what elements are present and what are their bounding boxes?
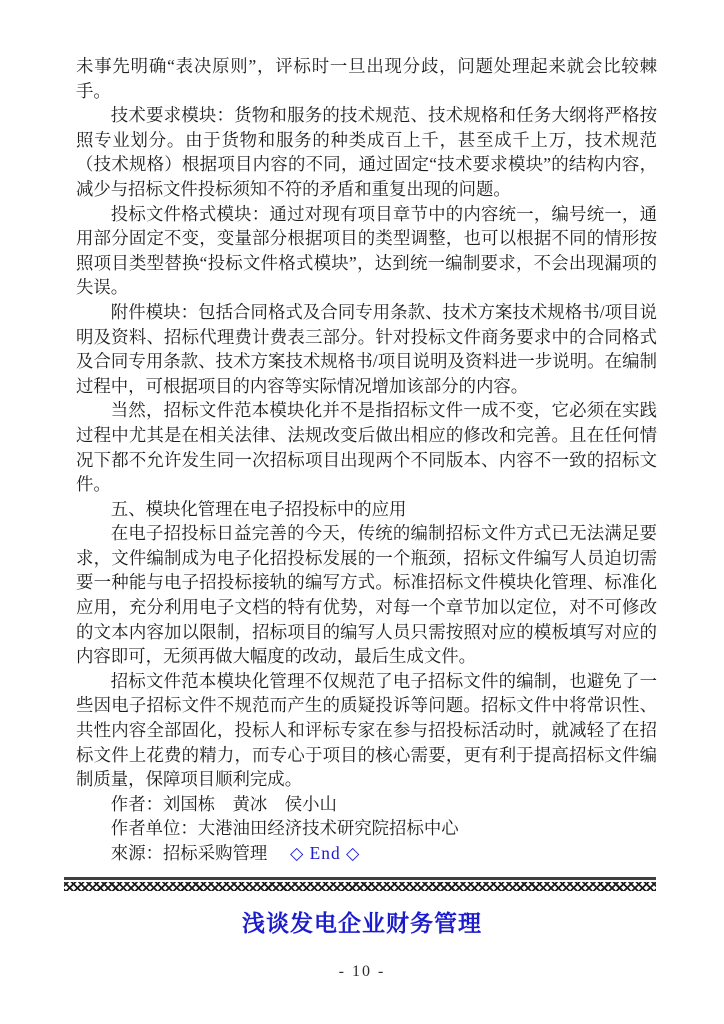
article-end-marker: ◇ End ◇ bbox=[290, 843, 360, 863]
paragraph-attachment-module: 附件模块：包括合同格式及合同专用条款、技术方案技术规格书/项目说明及资料、招标代… bbox=[76, 300, 657, 398]
affiliation-line: 作者单位：大港油田经济技术研究院招标中心 bbox=[76, 816, 657, 841]
article-body: 未事先明确“表决原则”，评标时一旦出现分歧，问题处理起来就会比较棘手。 技术要求… bbox=[76, 54, 657, 866]
paragraph-caveat: 当然，招标文件范本模块化并不是指招标文件一成不变，它必须在实践过程中尤其是在相关… bbox=[76, 398, 657, 496]
author-line: 作者：刘国栋 黄冰 侯小山 bbox=[76, 792, 657, 817]
source-label: 來源：招标采购管理 bbox=[111, 843, 268, 863]
paragraph-e-bidding-1: 在电子招投标日益完善的今天，传统的编制招标文件方式已无法满足要求，文件编制成为电… bbox=[76, 521, 657, 669]
paragraph-tech-module: 技术要求模块：货物和服务的技术规范、技术规格和任务大纲将严格按照专业划分。由于货… bbox=[76, 103, 657, 201]
paragraph-continuation: 未事先明确“表决原则”，评标时一旦出现分歧，问题处理起来就会比较棘手。 bbox=[76, 54, 657, 103]
document-page: 未事先明确“表决原则”，评标时一旦出现分歧，问题处理起来就会比较棘手。 技术要求… bbox=[0, 0, 724, 1024]
divider-solid-line bbox=[64, 877, 656, 880]
next-article-title: 浅谈发电企业财务管理 bbox=[0, 905, 724, 938]
source-line: 來源：招标采购管理◇ End ◇ bbox=[76, 841, 657, 866]
paragraph-e-bidding-2: 招标文件范本模块化管理不仅规范了电子招标文件的编制，也避免了一些因电子招标文件不… bbox=[76, 669, 657, 792]
section-heading: 五、模块化管理在电子招投标中的应用 bbox=[76, 497, 657, 522]
section-divider bbox=[64, 877, 656, 891]
page-number: - 10 - bbox=[0, 963, 724, 981]
paragraph-format-module: 投标文件格式模块：通过对现有项目章节中的内容统一，编号统一，通用部分固定不变，变… bbox=[76, 202, 657, 300]
divider-zigzag-pattern bbox=[64, 882, 656, 891]
